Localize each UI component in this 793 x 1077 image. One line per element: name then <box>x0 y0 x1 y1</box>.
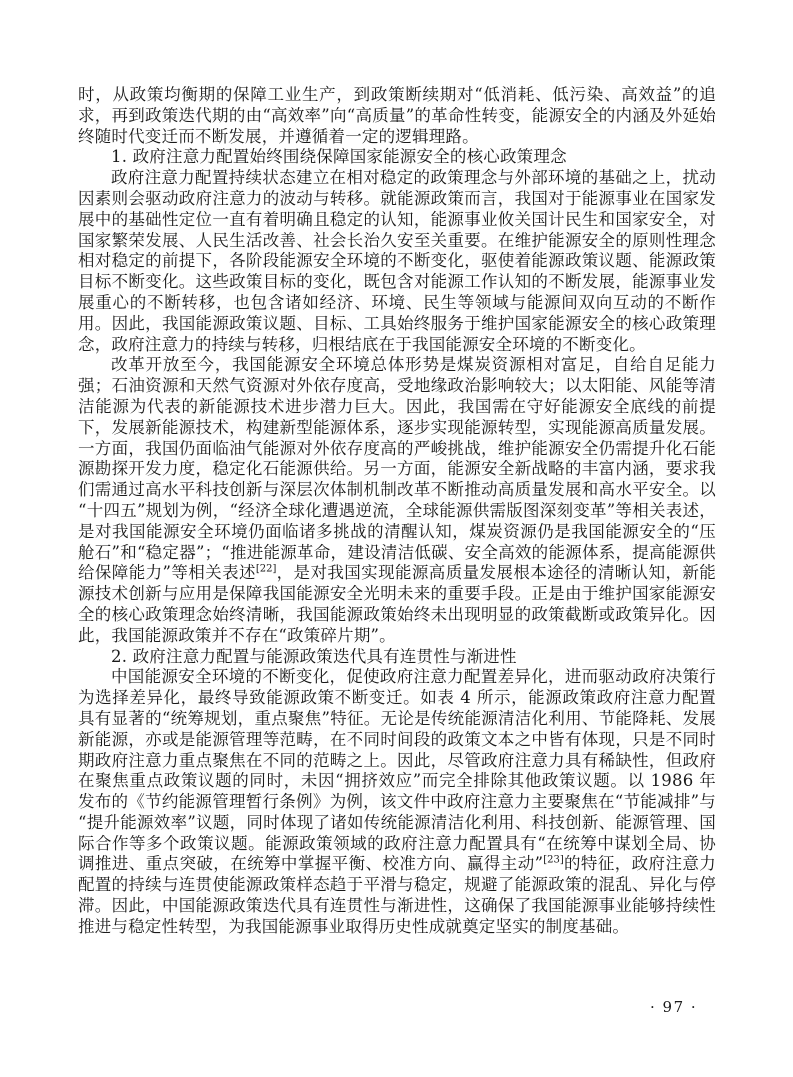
citation-ref-23: [23] <box>543 855 564 866</box>
paragraph-3: 中国能源安全环境的不断变化，促使政府注意力配置差异化，进而驱动政府决策行为选择差… <box>78 667 716 937</box>
paragraph-1: 政府注意力配置持续状态建立在相对稳定的政策理念与外部环境的基础之上，扰动因素则会… <box>78 168 716 355</box>
page-number: · 97 · <box>650 998 720 1016</box>
paragraph-2: 改革开放至今，我国能源安全环境总体形势是煤炭资源相对富足，自给自足能力强；石油资… <box>78 355 716 646</box>
citation-ref-22: [22] <box>256 564 277 575</box>
paragraph-2-text-before-ref: 改革开放至今，我国能源安全环境总体形势是煤炭资源相对富足，自给自足能力强；石油资… <box>78 355 716 582</box>
paragraph-3-text-before-ref: 中国能源安全环境的不断变化，促使政府注意力配置差异化，进而驱动政府决策行为选择差… <box>78 667 716 873</box>
section-heading-1: 1. 政府注意力配置始终围绕保障国家能源安全的核心政策理念 <box>78 147 716 168</box>
document-page: 时，从政策均衡期的保障工业生产，到政策断续期对“低消耗、低污染、高效益”的追求，… <box>0 0 793 1077</box>
paragraph-continuation: 时，从政策均衡期的保障工业生产，到政策断续期对“低消耗、低污染、高效益”的追求，… <box>78 85 716 147</box>
page-body: 时，从政策均衡期的保障工业生产，到政策断续期对“低消耗、低污染、高效益”的追求，… <box>78 85 716 938</box>
section-heading-2: 2. 政府注意力配置与能源政策迭代具有连贯性与渐进性 <box>78 647 716 668</box>
